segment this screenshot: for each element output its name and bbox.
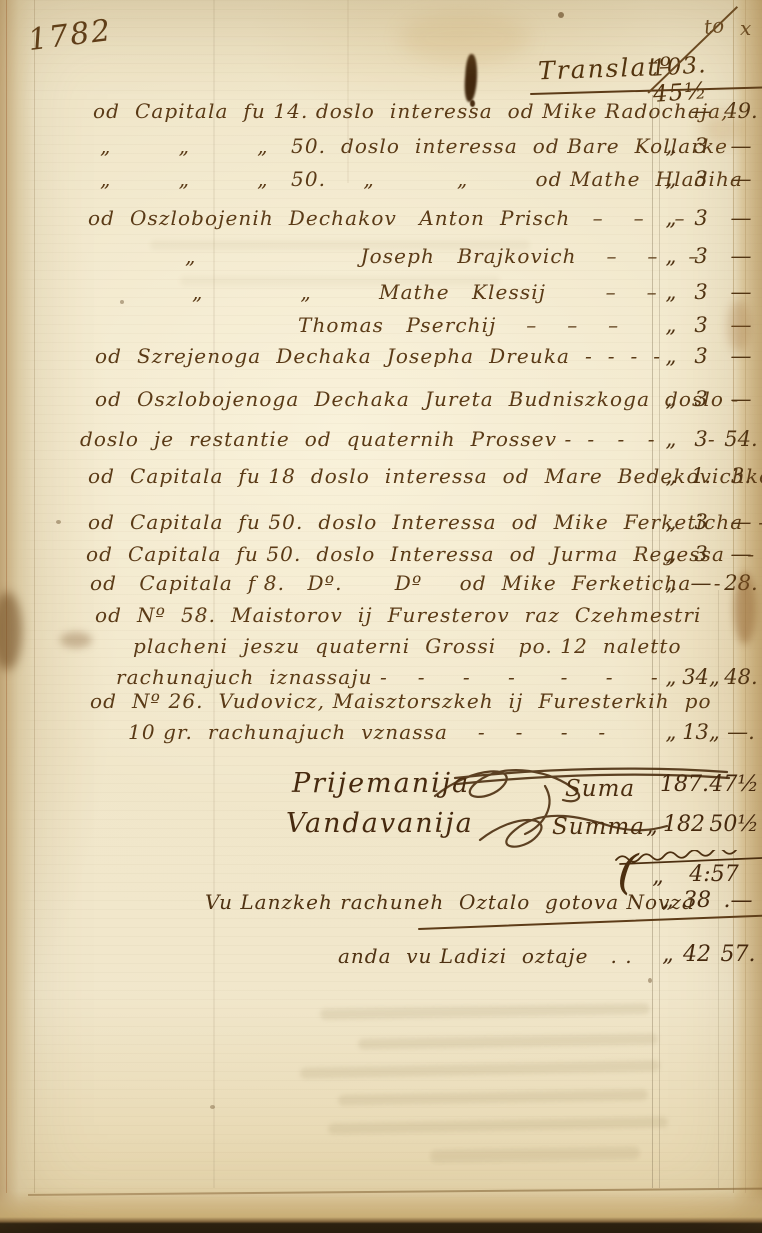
payments-florins: 182 (662, 812, 706, 837)
ledger-row: „ „ „ 50. doslo interessa od Bare Kollar… (0, 131, 762, 162)
bleedthrough-line (430, 1146, 640, 1163)
speck (210, 1105, 215, 1109)
bleedthrough-line (300, 1060, 660, 1079)
ledger-row-text: doslo je restantie od quaternih Prossev … (80, 424, 762, 455)
kreuzer-amount: 28. (720, 568, 762, 599)
speck (558, 12, 564, 18)
chest-kreuzer: 57. (716, 942, 760, 967)
ledger-row-text: placheni jeszu quaterni Grossi po. 12 na… (133, 631, 762, 662)
ditto-mark: „ (662, 424, 680, 455)
ditto-mark: „ (662, 539, 680, 570)
florin-amount: 3 (682, 131, 720, 162)
chest-remainder-text: anda vu Ladizi oztaje . . (338, 944, 633, 968)
difference-ditto-mark: „ (650, 864, 666, 889)
paper-discoloration (400, 12, 530, 64)
florin-amount: 3 (682, 424, 720, 455)
ledger-row: Thomas Pserchij – – –„3— (0, 310, 762, 341)
florin-amount: 3 (682, 277, 720, 308)
payments-kreuzer: 50½ (708, 812, 760, 837)
ditto-mark: „ (662, 277, 680, 308)
ledger-row: „ „ „ 50. „ „ od Mathe Hladiha„3— (0, 164, 762, 195)
kreuzer-amount: 3. (720, 461, 762, 492)
florin-amount: 3 (682, 507, 720, 538)
kreuzer-amount: —. (720, 717, 762, 748)
receipts-suma-word: Suma (565, 776, 635, 802)
kreuzer-amount: 49. (720, 96, 762, 127)
kreuzer-amount: — (720, 164, 762, 195)
bleedthrough-line (338, 1089, 648, 1105)
kreuzer-amount: — (720, 203, 762, 234)
florin-amount: 3 (682, 384, 720, 415)
kreuzer-amount: 54. (720, 424, 762, 455)
ditto-mark: „ (662, 568, 680, 599)
ditto-mark: „ (662, 384, 680, 415)
page-bottom-edge-line (28, 1187, 762, 1195)
kreuzer-amount: — (720, 507, 762, 538)
kreuzer-amount: — (720, 310, 762, 341)
florin-amount: 3 (682, 203, 720, 234)
florin-amount: — (682, 96, 720, 127)
ledger-row: od Capitala fu 18 doslo interessa od Mar… (0, 461, 762, 492)
ledger-row: „ „ Mathe Klessij – –„3— (0, 277, 762, 308)
ledger-row-text: od Capitala fu 18 doslo interessa od Mar… (88, 461, 762, 492)
ledger-row: od Capitala fu 50. doslo Interessa od Mi… (0, 507, 762, 538)
florin-amount: 3 (682, 341, 720, 372)
florin-amount: 3 (682, 164, 720, 195)
kreuzer-amount: — (720, 277, 762, 308)
ledger-row: od Nº 58. Maistorov ij Furesterov raz Cz… (0, 600, 762, 693)
ditto-mark: „ (662, 717, 680, 748)
manuscript-page: 1782 to x Translatº 103. 45½ od Capitala… (0, 0, 762, 1233)
ledger-row: od Szrejenoga Dechaka Josepha Dreuka - -… (0, 341, 762, 372)
ditto-mark: „ (662, 131, 680, 162)
cash-florins: 38 (678, 888, 716, 913)
florin-amount: 1. (682, 461, 720, 492)
kreuzer-amount: — (720, 241, 762, 272)
payments-ditto-mark: „ (644, 814, 660, 839)
cash-underline (418, 915, 762, 930)
ledger-row-text: od Oszlobojenih Dechakov Anton Prisch – … (88, 203, 762, 234)
florin-amount: 13„ (682, 717, 720, 748)
receipts-florins: 187. (660, 772, 708, 797)
ledger-row: „ Joseph Brajkovich – – –„3— (0, 241, 762, 272)
ledger-row: od Capitala fu 14. doslo interessa od Mi… (0, 96, 762, 127)
kreuzer-amount: — (720, 131, 762, 162)
bleedthrough-line (320, 1003, 650, 1020)
book-bottom-edge (0, 1191, 762, 1233)
ditto-mark: „ (662, 310, 680, 341)
kreuzer-amount: — (720, 384, 762, 415)
kreuzer-amount: — (720, 539, 762, 570)
ledger-row: od Oszlobojenih Dechakov Anton Prisch – … (0, 203, 762, 234)
difference-amount: 4:57 (672, 862, 756, 887)
kreuzer-amount: — (720, 341, 762, 372)
florin-amount: 3 (682, 539, 720, 570)
ditto-mark: „ (662, 164, 680, 195)
receipts-kreuzer: 47½ (708, 772, 760, 797)
ditto-mark: „ (662, 341, 680, 372)
bleedthrough-line (328, 1116, 668, 1134)
ditto-mark: „ (662, 203, 680, 234)
cash-remaining-text: Vu Lanzkeh rachuneh Oztalo gotova Novza (205, 890, 695, 914)
florin-amount: — (682, 568, 720, 599)
ledger-row: od Oszlobojenoga Dechaka Jureta Budniszk… (0, 384, 762, 415)
ditto-mark: „ (662, 241, 680, 272)
florin-amount: 3 (682, 241, 720, 272)
ledger-row-text: od Capitala fu 50. doslo Interessa od Mi… (88, 507, 762, 538)
ledger-row: od Capitala fu 50. doslo Interessa od Ju… (0, 539, 762, 570)
payments-summa-word: Summa (552, 814, 645, 840)
ditto-mark: „ (662, 507, 680, 538)
ledger-row: doslo je restantie od quaternih Prossev … (0, 424, 762, 455)
ledger-row-text: od Capitala fu 50. doslo Interessa od Ju… (86, 539, 762, 570)
cash-kreuzer: .— (716, 888, 760, 913)
corner-mark-right: x (740, 16, 751, 40)
florin-amount: 3 (682, 310, 720, 341)
ditto-mark: „ (662, 461, 680, 492)
ledger-row-text: od Capitala fu 14. doslo interessa od Mi… (93, 96, 762, 127)
cash-ditto-mark: „ (660, 888, 676, 913)
ledger-row-text: od Nº 26. Vudovicz, Maisztorszkeh ij Fur… (90, 686, 762, 717)
ledger-row: od Nº 26. Vudovicz, Maisztorszkeh ij Fur… (0, 686, 762, 748)
chest-florins: 42 (678, 942, 716, 967)
chest-ditto-mark: „ (660, 942, 676, 967)
year-label: 1782 (26, 13, 114, 58)
ledger-row-text: od Nº 58. Maistorov ij Furesterov raz Cz… (95, 600, 762, 631)
ledger-row: od Capitala f 8. Dº. Dº od Mike Ferketic… (0, 568, 762, 599)
bleedthrough-line (358, 1033, 658, 1049)
